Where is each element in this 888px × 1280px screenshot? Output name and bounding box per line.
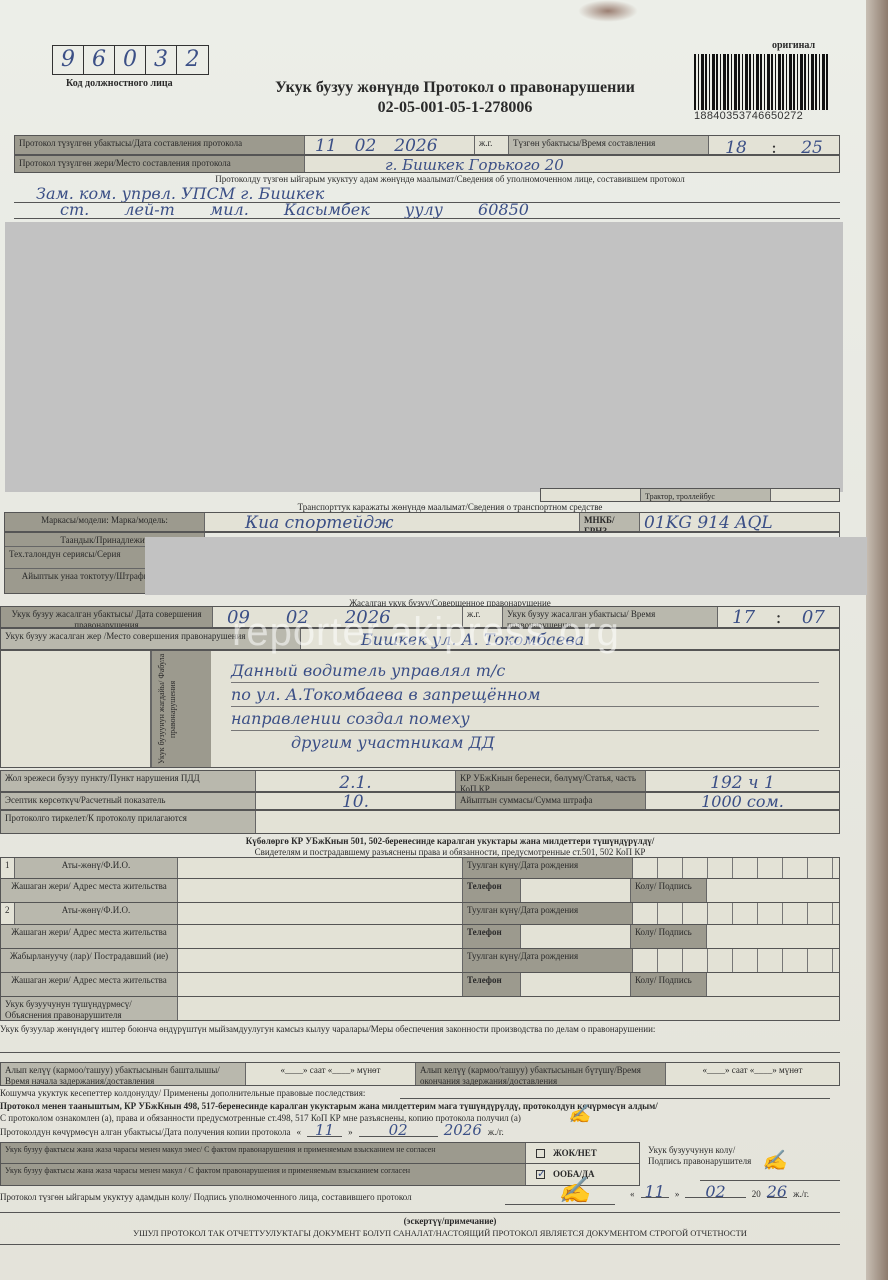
victim-sign-field[interactable] xyxy=(707,973,839,996)
strict-reporting-text: УШУЛ ПРОТОКОЛ ТАК ОТЧЕТТУУЛУКТАГЫ ДОКУМЕ… xyxy=(40,1228,840,1238)
pdd-point-field[interactable]: 2.1. xyxy=(256,771,456,791)
explanation-label: Укук бузуучунун түшүндүрмөсү/ Объяснения… xyxy=(1,997,178,1020)
code-digit: 9 xyxy=(53,46,84,74)
victim-sign-label: Колу/ Подпись xyxy=(631,973,707,996)
detention-start-field[interactable]: «____» саат «____» мүнөт xyxy=(246,1063,416,1085)
divider xyxy=(0,1212,840,1213)
witness-phone-label: Телефон xyxy=(463,879,521,902)
minute: 25 xyxy=(801,138,823,152)
composition-time-label: Түзгөн убактысы/Время составления xyxy=(509,136,709,154)
fabula-line: другим участникам ДД xyxy=(231,731,819,754)
barcode-number: 18840353746650272 xyxy=(694,110,803,122)
witness-number: 1 xyxy=(1,858,15,878)
vehicle-make-row: Маркасы/модели: Марка/модель: Киа спорте… xyxy=(4,512,840,532)
divider xyxy=(700,1180,840,1181)
witness-phone-label: Телефон xyxy=(463,925,521,948)
witness-1-name-row: 1 Аты-жөнү/Ф.И.О. Туулган күнү/Дата рожд… xyxy=(0,857,840,879)
minute: 07 xyxy=(802,609,825,625)
copy-month[interactable]: 02 xyxy=(359,1125,438,1137)
witness-name-label: Аты-жөнү/Ф.И.О. xyxy=(15,903,178,924)
calc-index-field[interactable]: 10. xyxy=(256,793,456,809)
signature-month[interactable]: 02 xyxy=(685,1186,745,1198)
article-field[interactable]: 192 ч 1 xyxy=(646,771,839,791)
composition-date-field[interactable]: 11 02 2026 xyxy=(305,136,475,154)
composition-date-label: Протокол түзүлгөн убактысы/Дата составле… xyxy=(15,136,305,154)
additional-consequences-label: Кошумча укуктук кесепеттер колдонулду/ П… xyxy=(0,1088,365,1099)
ack-label-ru: С протоколом ознакомлен (а), права и обя… xyxy=(0,1113,521,1124)
officer-signature[interactable]: ✍ xyxy=(558,1176,590,1206)
detention-end-field[interactable]: «____» саат «____» мүнөт xyxy=(666,1063,839,1085)
note-label: (эскертүү/примечание) xyxy=(200,1216,700,1226)
copy-year[interactable]: 2026 xyxy=(444,1125,482,1136)
redacted-owner-info xyxy=(145,537,867,595)
day: 11 xyxy=(315,136,337,154)
composition-place-label: Протокол түзүлгөн жери/Место составления… xyxy=(15,156,305,172)
victim-address-field[interactable] xyxy=(178,973,463,996)
offender-signature[interactable]: ✍ xyxy=(762,1148,787,1172)
attachments-label: Протоколго тиркелет/К протоколу прилагаю… xyxy=(1,811,256,833)
copy-date-row: Протоколдун көчүрмөсүн алган убактысы/Да… xyxy=(0,1125,504,1138)
victim-dob-label: Туулган күнү/Дата рождения xyxy=(463,949,633,972)
redacted-offender-info xyxy=(5,222,843,492)
witness-2-address-row: Жашаган жери/ Адрес места жительства Тел… xyxy=(0,925,840,949)
official-code-boxes: 9 6 0 3 2 xyxy=(52,45,209,75)
composition-place-row: Протокол түзүлгөн жери/Место составления… xyxy=(14,155,840,173)
witness-dob-label: Туулган күнү/Дата рождения xyxy=(463,903,633,924)
hour: 17 xyxy=(732,609,755,625)
signature-day[interactable]: 11 xyxy=(641,1186,669,1198)
witness-number: 2 xyxy=(1,903,15,924)
witness-1-phone-field[interactable] xyxy=(521,879,631,902)
victim-dob-field[interactable] xyxy=(633,949,839,972)
signature-year-suffix: ж./г. xyxy=(793,1189,809,1200)
witness-2-name-field[interactable] xyxy=(178,903,463,924)
witness-address-label: Жашаган жери/ Адрес места жительства xyxy=(1,925,178,948)
composition-time-field[interactable]: 18: 25 xyxy=(709,136,839,154)
witness-2-phone-field[interactable] xyxy=(521,925,631,948)
victim-name-field[interactable] xyxy=(178,949,463,972)
protocol-number: 02-05-001-05-1-278006 xyxy=(200,98,710,118)
composition-date-row: Протокол түзүлгөн убактысы/Дата составле… xyxy=(14,135,840,155)
detention-row: Алып келүү (кармоо/ташуу) убактысынын ба… xyxy=(0,1062,840,1086)
fine-amount-field[interactable]: 1000 сом. xyxy=(646,793,839,809)
paper-stain xyxy=(578,0,638,22)
fine-amount-label: Айыптын суммасы/Сумма штрафа xyxy=(456,793,646,809)
officer-line-2[interactable]: ст. лей-т мил. Касымбек уулу 60850 xyxy=(60,200,529,219)
agree-row: Укук бузуу фактысы жана жаза чарасы мене… xyxy=(0,1164,640,1186)
witness-name-label: Аты-жөнү/Ф.И.О. xyxy=(15,858,178,878)
official-code-label: Код должностного лица xyxy=(66,78,173,89)
hour: 18 xyxy=(725,138,747,152)
code-digit: 6 xyxy=(84,46,115,74)
offense-time-field[interactable]: 17: 07 xyxy=(718,607,839,627)
copy-day[interactable]: 11 xyxy=(307,1125,342,1137)
watermark: reporter.akipress.org xyxy=(232,610,620,655)
vehicle-type-row: Трактор, троллейбус xyxy=(540,488,840,502)
fabula-line: Данный водитель управлял т/с xyxy=(231,659,819,683)
officer-section-label: Протоколду түзгөн ыйгарым укуктуу адам ж… xyxy=(100,174,800,184)
witness-2-sign-field[interactable] xyxy=(707,925,839,948)
disagree-checkbox[interactable] xyxy=(536,1149,545,1158)
witness-1-sign-field[interactable] xyxy=(707,879,839,902)
victim-address-row: Жашаган жери/ Адрес места жительства Тел… xyxy=(0,973,840,997)
attachments-field[interactable] xyxy=(256,811,839,833)
fabula-label: Укук бузуунун жагдайы/ Фабула правонаруш… xyxy=(151,651,211,767)
title-text: Укук бузуу жөнүндө Протокол о правонаруш… xyxy=(200,78,710,98)
year-suffix: ж.г. xyxy=(475,136,509,154)
document-title: Укук бузуу жөнүндө Протокол о правонаруш… xyxy=(200,78,710,118)
witness-section-label: Күбөлөргө КР УБжКнын 501, 502-беренесинд… xyxy=(100,836,800,846)
pdd-point-label: Жол эрежеси бузуу пункту/Пункт нарушения… xyxy=(1,771,256,791)
fabula-line: по ул. А.Токомбаева в запрещённом xyxy=(231,683,819,707)
pdd-row: Жол эрежеси бузуу пункту/Пункт нарушения… xyxy=(0,770,840,792)
witness-1-name-field[interactable] xyxy=(178,858,463,878)
offender-signature-label: Укук бузуучунун колу/ Подпись правонаруш… xyxy=(648,1145,763,1167)
vehicle-type-checkbox[interactable] xyxy=(771,489,839,501)
table-edge xyxy=(866,0,888,1280)
signature-year[interactable]: 26 xyxy=(767,1186,787,1198)
barcode xyxy=(694,54,828,110)
disagree-label: Укук бузуу фактысы жана жаза чарасы мене… xyxy=(1,1143,526,1163)
calc-index-label: Эсептик көрсөткүч/Расчетный показатель xyxy=(1,793,256,809)
witness-1-address-row: Жашаган жери/ Адрес места жительства Тел… xyxy=(0,879,840,903)
witness-2-name-row: 2 Аты-жөнү/Ф.И.О. Туулган күнү/Дата рожд… xyxy=(0,903,840,925)
code-digit: 0 xyxy=(115,46,146,74)
measures-label: Укук бузуулар жөнүндөгү иштер боюнча өнд… xyxy=(0,1024,840,1035)
code-digit: 2 xyxy=(177,46,208,74)
year: 2026 xyxy=(394,136,437,154)
witness-sign-label: Колу/ Подпись xyxy=(631,925,707,948)
victim-name-row: Жабырлануучу (лар)/ Пострадавший (ие) Ту… xyxy=(0,949,840,973)
make-model-field[interactable]: Киа спортейдж xyxy=(205,513,580,531)
divider xyxy=(0,1052,840,1053)
fabula-spacer xyxy=(1,651,151,767)
detention-start-label: Алып келүү (кармоо/ташуу) убактысынын ба… xyxy=(1,1063,246,1085)
signature-date: «11» 02 2026 ж./г. xyxy=(630,1186,809,1200)
disagree-row: Укук бузуу фактысы жана жаза чарасы мене… xyxy=(0,1142,640,1164)
code-digit: 3 xyxy=(146,46,177,74)
victim-address-label: Жашаган жери/ Адрес места жительства xyxy=(1,973,178,996)
witness-section-label-ru: Свидетелям и пострадавшему разъяснены пр… xyxy=(100,847,800,857)
witness-2-address-field[interactable] xyxy=(178,925,463,948)
composition-place-field[interactable]: г. Бишкек Горького 20 xyxy=(305,156,839,172)
detention-end-label: Алып келүү (кармоо/ташуу) убактысынын бү… xyxy=(416,1063,666,1085)
witness-sign-label: Колу/ Подпись xyxy=(631,879,707,902)
ack-signature[interactable]: ✍ xyxy=(568,1104,590,1125)
attachments-row: Протоколго тиркелет/К протоколу прилагаю… xyxy=(0,810,840,834)
officer-signature-label: Протокол түзгөн ыйгарым укуктуу адамдын … xyxy=(0,1192,412,1203)
vehicle-section-label: Транспорттук каражаты жөнүндө маалымат/С… xyxy=(150,502,750,512)
witness-address-label: Жашаган жери/ Адрес места жительства xyxy=(1,879,178,902)
divider xyxy=(400,1098,830,1099)
vehicle-type-label: Трактор, троллейбус xyxy=(641,489,771,501)
agree-label: Укук бузуу фактысы жана жаза чарасы мене… xyxy=(1,1164,526,1185)
vehicle-type-cell xyxy=(541,489,641,501)
victim-phone-label: Телефон xyxy=(463,973,521,996)
copy-year-suffix: ж./г. xyxy=(488,1127,504,1138)
divider xyxy=(14,218,840,219)
victim-name-label: Жабырлануучу (лар)/ Пострадавший (ие) xyxy=(1,949,178,972)
witness-dob-label: Туулган күнү/Дата рождения xyxy=(463,858,633,878)
plate-label: МНКБ/ГРНЗ xyxy=(580,513,640,531)
divider xyxy=(0,1244,840,1245)
original-label: оригинал xyxy=(772,40,815,51)
offense-date-label: Укук бузуу жасалган убактысы/ Дата совер… xyxy=(1,607,213,627)
agree-checkbox[interactable]: ✓ xyxy=(536,1170,545,1179)
fabula-row: Укук бузуунун жагдайы/ Фабула правонаруш… xyxy=(0,650,840,768)
make-model-label: Маркасы/модели: Марка/модель: xyxy=(5,513,205,531)
calc-index-row: Эсептик көрсөткүч/Расчетный показатель 1… xyxy=(0,792,840,810)
disagree-option-label: ЖОК/НЕТ xyxy=(553,1148,597,1159)
fabula-line: направлении создал помеху xyxy=(231,707,819,731)
witness-2-dob-field[interactable] xyxy=(633,903,839,924)
article-label: КР УБжКнын беренеси, бөлүмү/Статья, част… xyxy=(456,771,646,791)
copy-date-label: Протоколдун көчүрмөсүн алган убактысы/Да… xyxy=(0,1127,291,1138)
plate-field[interactable]: 01KG 914 AQL xyxy=(640,513,839,531)
disagree-option[interactable]: ЖОК/НЕТ xyxy=(526,1143,639,1163)
month: 02 xyxy=(355,136,377,154)
explanation-row: Укук бузуучунун түшүндүрмөсү/ Объяснения… xyxy=(0,997,840,1021)
fabula-field[interactable]: Данный водитель управлял т/с по ул. А.То… xyxy=(211,651,839,767)
explanation-field[interactable] xyxy=(178,997,839,1020)
witness-1-dob-field[interactable] xyxy=(633,858,839,878)
victim-phone-field[interactable] xyxy=(521,973,631,996)
witness-1-address-field[interactable] xyxy=(178,879,463,902)
witness-table: 1 Аты-жөнү/Ф.И.О. Туулган күнү/Дата рожд… xyxy=(0,857,840,1021)
ack-label-ky: Протокол менен тааныштым, КР УБжКнын 498… xyxy=(0,1101,840,1112)
